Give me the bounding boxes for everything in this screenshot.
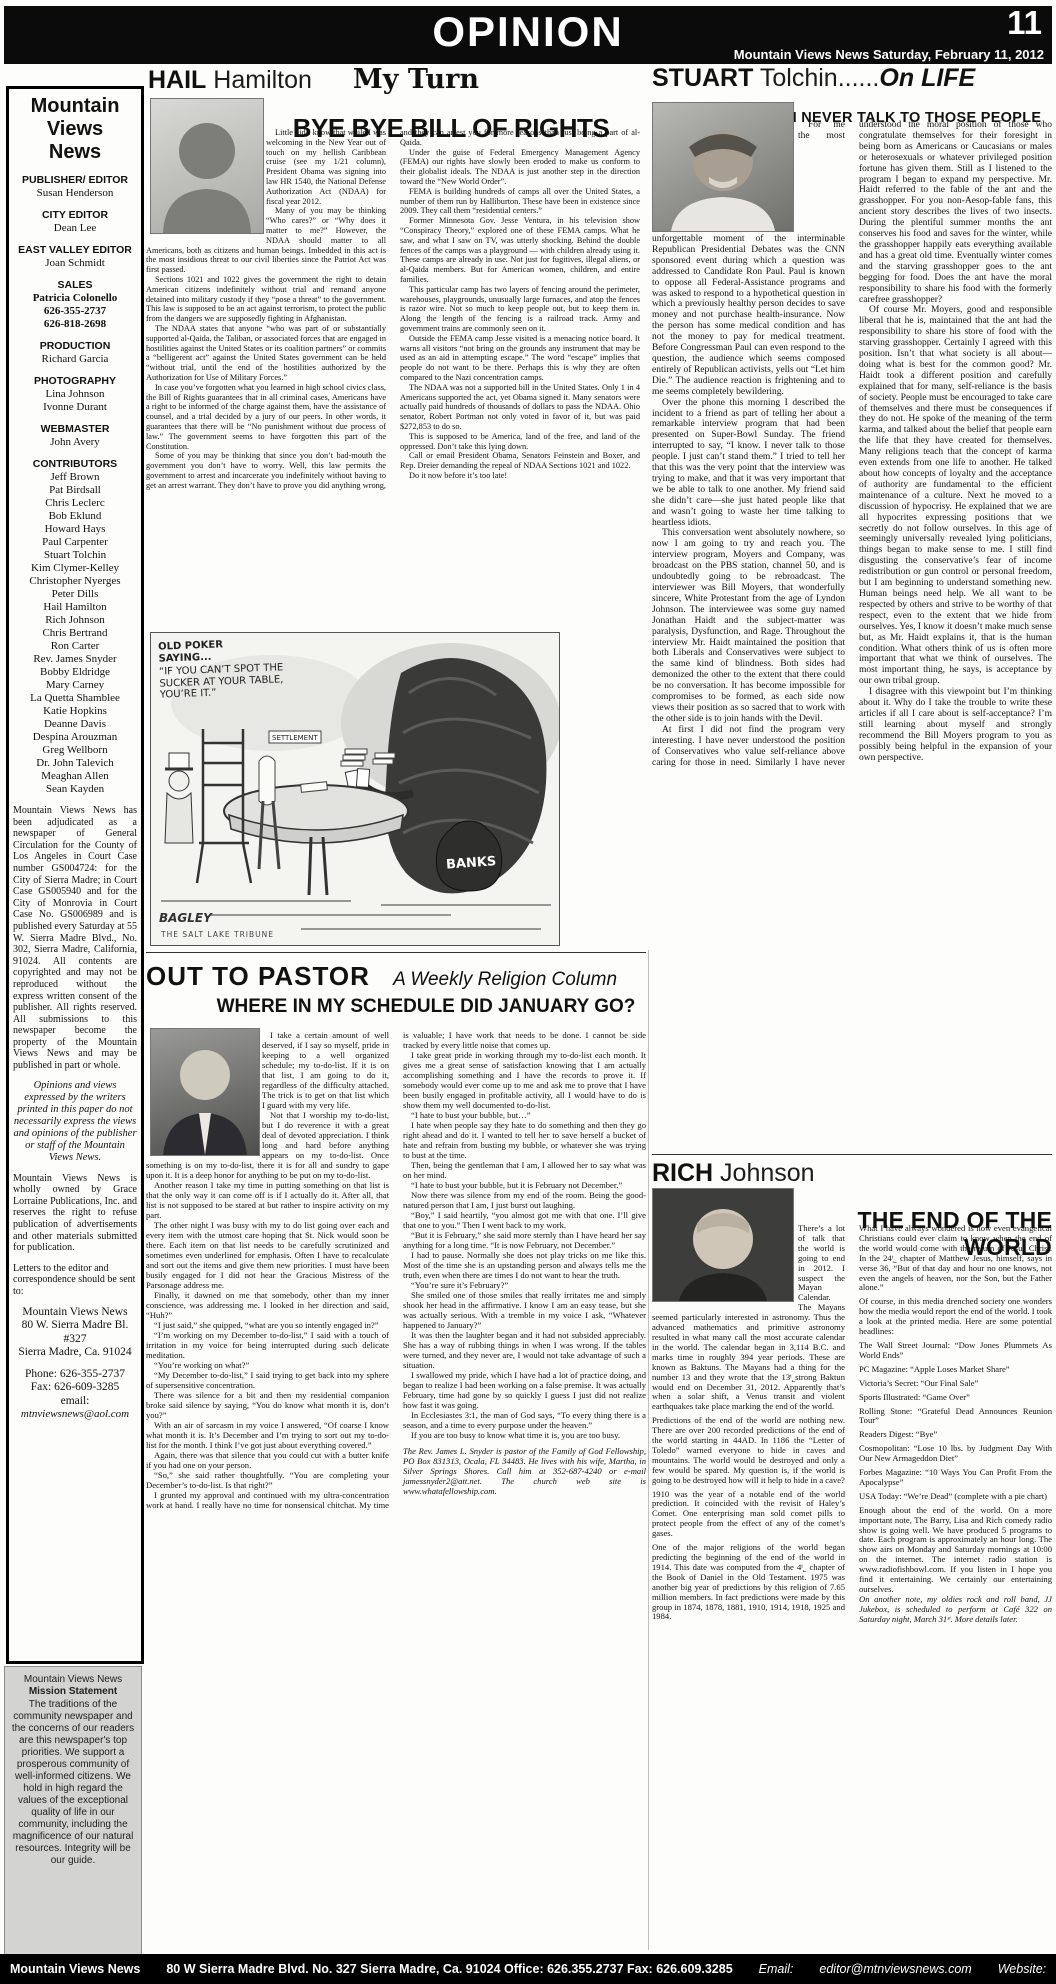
masthead-title: MountainViewsNews <box>13 95 137 164</box>
paragraph: Do it now before it’s too late! <box>400 471 640 481</box>
staff-name: Meaghan Allen <box>13 770 137 783</box>
paragraph: In Ecclesiastes 3:1, the man of God says… <box>403 1410 646 1430</box>
contact-info: Phone: 626-355-2737Fax: 626-609-3285emai… <box>13 1368 137 1409</box>
staff-entry: WEBMASTERJohn Avery <box>13 423 137 449</box>
paragraph: The Wall Street Journal: “Dow Jones Plum… <box>859 1341 1052 1361</box>
dateline: Mountain Views News Saturday, February 1… <box>734 47 1044 62</box>
paragraph: Of course Mr. Moyers, good and responsib… <box>859 305 1052 687</box>
paragraph: Then, being the gentleman that I am, I a… <box>403 1160 646 1180</box>
paragraph: There was silence for a bit and then my … <box>146 1390 389 1420</box>
newspaper-page: OPINION 11 Mountain Views News Saturday,… <box>0 0 1056 1984</box>
pastor-kicker: OUT TO PASTOR A Weekly Religion Column <box>146 961 646 992</box>
staff-name: Christopher Nyerges <box>13 575 137 588</box>
staff-entry: CONTRIBUTORSJeff BrownPat BirdsallChris … <box>13 458 137 796</box>
staff-role: SALES <box>13 279 137 292</box>
staff-name: Lina Johnson <box>13 388 137 401</box>
paragraph: One of the major religions of the world … <box>652 1543 845 1622</box>
article-out-to-pastor: OUT TO PASTOR A Weekly Religion Column W… <box>146 952 646 1952</box>
staff-name: La Quetta Shamblee <box>13 692 137 705</box>
staff-name: Hail Hamilton <box>13 601 137 614</box>
staff-name: Katie Hopkins <box>13 705 137 718</box>
article-body: I take a certain amount of well deserved… <box>146 1030 646 1948</box>
mission-body: The traditions of the community newspape… <box>9 1699 137 1867</box>
paragraph: Mountain <box>13 95 137 118</box>
article-headline: WHERE IN MY SCHEDULE DID JANUARY GO? <box>146 996 646 1018</box>
staff-list: PUBLISHER/ EDITORSusan HendersonCITY EDI… <box>13 174 137 796</box>
opinions-disclaimer: Opinions and views expressed by the writ… <box>13 1080 137 1164</box>
ownership-notice: Mountain Views News is wholly owned by G… <box>13 1173 137 1254</box>
paragraph: With an air of sarcasm in my voice I ans… <box>146 1420 389 1450</box>
paragraph: Of course, in this media drenched societ… <box>859 1297 1052 1337</box>
paragraph: Sports Illustrated: “Game Over” <box>859 1393 1052 1403</box>
staff-name: Deanne Davis <box>13 718 137 731</box>
footer-website-label: Website: <box>998 1962 1046 1976</box>
staff-name: Chris Bertrand <box>13 627 137 640</box>
staff-name: Peter Dills <box>13 588 137 601</box>
column-name-my-turn: My Turn <box>353 64 479 95</box>
staff-name: John Avery <box>13 436 137 449</box>
staff-role: CITY EDITOR <box>13 209 137 222</box>
rich-kicker: RICH Johnson <box>652 1159 1052 1188</box>
author-last-name: Tolchin...... <box>753 64 879 92</box>
paragraph: USA Today: “We’re Dead” (complete with a… <box>859 1492 1052 1502</box>
staff-name: 626-355-2737 <box>13 305 137 318</box>
paragraph: “I hate to bust your bubble, but…” <box>403 1110 646 1120</box>
staff-name: Howard Hays <box>13 523 137 536</box>
staff-name: Sean Kayden <box>13 783 137 796</box>
paragraph: This conversation went absolutely nowher… <box>652 528 845 724</box>
cartoon-credit: THE SALT LAKE TRIBUNE <box>161 930 274 939</box>
paragraph: The other night I was busy with my to do… <box>146 1220 389 1290</box>
paragraph: This is supposed to be America, land of … <box>400 432 640 452</box>
paragraph: Little did I know that while I was welco… <box>146 128 386 206</box>
staff-name: Bob Eklund <box>13 510 137 523</box>
paragraph: Over the phone this morning I described … <box>652 398 845 529</box>
masthead-sidebar: MountainViewsNews PUBLISHER/ EDITORSusan… <box>6 86 144 1664</box>
staff-role: WEBMASTER <box>13 423 137 436</box>
column-divider <box>648 950 649 1950</box>
paragraph: Many of you may be thinking “Who cares?”… <box>146 206 386 275</box>
paragraph: FEMA is building hundreds of camps all o… <box>400 187 640 216</box>
paragraph: “So,” she said rather thoughtfully. “You… <box>146 1470 389 1490</box>
author-bio: The Rev. James L. Snyder is pastor of th… <box>403 1446 646 1496</box>
tolchin-kicker: STUART Tolchin......On LIFE <box>652 64 975 93</box>
paragraph: What I have always wondered is how even … <box>859 1224 1052 1293</box>
paragraph: Call or email President Obama, Senators … <box>400 451 640 471</box>
article-body: Little did I know that while I was welco… <box>146 128 640 622</box>
staff-name: Susan Henderson <box>13 187 137 200</box>
paragraph: She smiled one of those smiles that real… <box>403 1290 646 1330</box>
paragraph: For me the most unforgettable moment of … <box>652 120 845 398</box>
paragraph: Phone: 626-355-2737 <box>13 1368 137 1382</box>
paragraph: Not that I worship my to-do-list, but I … <box>146 1110 389 1180</box>
staff-role: PHOTOGRAPHY <box>13 375 137 388</box>
paragraph-list: There’s a lot of talk that the world is … <box>652 1224 1052 1629</box>
article-body: There’s a lot of talk that the world is … <box>652 1224 1052 1946</box>
paragraph: Victoria’s Secret: “Our Final Sale” <box>859 1379 1052 1389</box>
paragraph: Sierra Madre, Ca. 91024 <box>13 1346 137 1360</box>
paragraph: “My December to-do-list,” I said trying … <box>146 1370 389 1390</box>
column-word-on: On <box>879 64 921 92</box>
mission-statement-box: Mountain Views News Mission Statement Th… <box>4 1666 142 1960</box>
paragraph: 1910 was the year of a notable end of th… <box>652 1490 845 1540</box>
staff-name: Ron Carter <box>13 640 137 653</box>
paragraph: “But it is February,” she said more ster… <box>403 1230 646 1250</box>
staff-name: Paul Carpenter <box>13 536 137 549</box>
staff-name: Despina Arouzman <box>13 731 137 744</box>
mailing-address: Mountain Views News80 W. Sierra Madre Bl… <box>13 1306 137 1360</box>
author-first-name: HAIL <box>148 66 206 94</box>
mission-title: Mountain Views News <box>9 1674 137 1686</box>
article-on-life: STUART Tolchin......On LIFE I NEVER TALK… <box>652 64 1052 1150</box>
paragraph: “I hate to bust your bubble, but it is F… <box>403 1180 646 1190</box>
staff-name: Ivonne Durant <box>13 401 137 414</box>
paragraph: Rolling Stone: “Grateful Dead Announces … <box>859 1407 1052 1427</box>
staff-name: Chris Leclerc <box>13 497 137 510</box>
author-last-name: Johnson <box>713 1159 814 1187</box>
paragraph: Cosmopolitan: “Lose 10 lbs. by Judgment … <box>859 1444 1052 1464</box>
paragraph: 80 W. Sierra Madre Bl. #327 <box>13 1319 137 1346</box>
paragraph: Fax: 626-609-3285 <box>13 1381 137 1395</box>
column-tagline: A Weekly Religion Column <box>393 969 617 990</box>
staff-name: 626-818-2698 <box>13 318 137 331</box>
letters-note: Letters to the editor and correspondence… <box>13 1263 137 1298</box>
paragraph: In case you’ve forgotten what you learne… <box>146 383 386 452</box>
staff-name: Dr. John Talevich <box>13 757 137 770</box>
staff-name: Rev. James Snyder <box>13 653 137 666</box>
staff-entry: PUBLISHER/ EDITORSusan Henderson <box>13 174 137 200</box>
paragraph: There’s a lot of talk that the world is … <box>652 1224 845 1412</box>
staff-role: CONTRIBUTORS <box>13 458 137 471</box>
staff-entry: SALESPatricia Colonello626-355-2737626-8… <box>13 279 137 331</box>
cartoonist-signature: BAGLEY <box>159 911 212 925</box>
staff-entry: PRODUCTIONRichard Garcia <box>13 340 137 366</box>
paragraph: “You’re sure it’s February?” <box>403 1280 646 1290</box>
paragraph: Under the guise of Federal Emergency Man… <box>400 148 640 187</box>
staff-name: Dean Lee <box>13 222 137 235</box>
paragraph: I take great pride in working through my… <box>403 1050 646 1110</box>
legal-notice: Mountain Views News has been adjudicated… <box>13 805 137 1072</box>
paragraph: I take a certain amount of well deserved… <box>146 1030 389 1110</box>
article-end-of-the-world: RICH Johnson THE END OF THE WORLD There’… <box>652 1154 1052 1948</box>
paragraph: The NDAA was not a supported bill in the… <box>400 383 640 432</box>
paragraph: I swallowed my pride, which I have had a… <box>403 1370 646 1410</box>
column-word-life: LIFE <box>921 64 975 92</box>
staff-role: EAST VALLEY EDITOR <box>13 244 137 257</box>
paragraph: Former Minnesota Gov. Jesse Ventura, in … <box>400 216 640 285</box>
paragraph: Finally, it dawned on me that somebody, … <box>146 1290 389 1320</box>
paragraph: Forbes Magazine: “10 Ways You Can Profit… <box>859 1468 1052 1488</box>
paragraph: I disagree with this viewpoint but I’m t… <box>859 687 1052 763</box>
email-address: mtnviewsnews@aol.com <box>13 1408 137 1420</box>
paragraph-list: I take a certain amount of well deserved… <box>146 1030 646 1510</box>
article-bye-bye-bill-of-rights: HAIL Hamilton My Turn BYE BYE BILL OF RI… <box>146 64 640 624</box>
staff-name: Greg Wellborn <box>13 744 137 757</box>
page-number: 11 <box>1007 4 1042 42</box>
paragraph: “Boy,” I said heartily, “you almost got … <box>403 1210 646 1230</box>
paragraph: Enough about the end of the world. On a … <box>859 1506 1052 1595</box>
staff-role: PUBLISHER/ EDITOR <box>13 174 137 187</box>
paragraph: Again, there was that silence that you c… <box>146 1450 389 1470</box>
paragraph: I had to pause. Normally she does not pl… <box>403 1250 646 1280</box>
paragraph: Sections 1021 and 1022 gives the governm… <box>146 275 386 324</box>
staff-name: Pat Birdsall <box>13 484 137 497</box>
caption-line-3: “IF YOU CAN’T SPOT THE SUCKER AT YOUR TA… <box>159 661 310 701</box>
paragraph: News <box>13 141 137 164</box>
staff-name: Jeff Brown <box>13 471 137 484</box>
staff-name: Patricia Colonello <box>13 292 137 305</box>
paragraph: Readers Digest: “Bye” <box>859 1430 1052 1440</box>
section-rule <box>146 952 646 953</box>
staff-name: Richard Garcia <box>13 353 137 366</box>
author-first-name: STUART <box>652 64 753 92</box>
article-body: For me the most unforgettable moment of … <box>652 120 1052 1148</box>
staff-entry: PHOTOGRAPHYLina JohnsonIvonne Durant <box>13 375 137 414</box>
author-last-name: Hamilton <box>213 66 312 94</box>
footer-address: 80 W Sierra Madre Blvd. No. 327 Sierra M… <box>166 1962 732 1976</box>
staff-name: Mary Carney <box>13 679 137 692</box>
paragraph: “I just said,” she quipped, “what are yo… <box>146 1320 389 1330</box>
staff-entry: EAST VALLEY EDITORJoan Schmidt <box>13 244 137 270</box>
cartoon-caption: OLD POKER SAYING... “IF YOU CAN’T SPOT T… <box>158 636 310 701</box>
paragraph: Predictions of the end of the world are … <box>652 1416 845 1485</box>
footer-email-label: Email: <box>759 1962 794 1976</box>
staff-name: Stuart Tolchin <box>13 549 137 562</box>
paragraph: I hate when people say they hate to do s… <box>403 1120 646 1160</box>
footer-email: editor@mtnviewsnews.com <box>819 1962 971 1976</box>
paragraph: It was then the laughter began and it ha… <box>403 1330 646 1370</box>
editorial-cartoon: SETTLEMENT BANKS OLD POKER SAYING... “IF… <box>150 632 560 946</box>
column-name: OUT TO PASTOR <box>146 961 370 991</box>
paragraph: The NDAA states that anyone “who was par… <box>146 324 386 383</box>
footer-paper-name: Mountain Views News <box>10 1962 140 1976</box>
paragraph: If you are too busy to know what time it… <box>403 1430 646 1440</box>
paragraph: Views <box>13 118 137 141</box>
hail-kicker: HAIL Hamilton My Turn <box>148 64 479 95</box>
settlement-label: SETTLEMENT <box>272 734 318 742</box>
footer-bar: Mountain Views News 80 W Sierra Madre Bl… <box>0 1954 1056 1984</box>
paragraph: Outside the FEMA camp Jesse visited is a… <box>400 334 640 383</box>
paragraph: Now there was silence from my end of the… <box>403 1190 646 1210</box>
staff-name: Rich Johnson <box>13 614 137 627</box>
paragraph: This particular camp has two layers of f… <box>400 285 640 334</box>
staff-role: PRODUCTION <box>13 340 137 353</box>
staff-name: Bobby Eldridge <box>13 666 137 679</box>
paragraph: PC Magazine: “Apple Loses Market Share” <box>859 1365 1052 1375</box>
paragraph: email: <box>13 1395 137 1409</box>
staff-name: Kim Clymer-Kelley <box>13 562 137 575</box>
paragraph: Mountain Views News <box>13 1306 137 1320</box>
paragraph: “You’re working on what?” <box>146 1360 389 1370</box>
opinion-banner: OPINION 11 Mountain Views News Saturday,… <box>4 6 1052 64</box>
staff-entry: CITY EDITORDean Lee <box>13 209 137 235</box>
staff-name: Joan Schmidt <box>13 257 137 270</box>
section-rule <box>652 1154 1052 1155</box>
author-first-name: RICH <box>652 1159 713 1187</box>
paragraph: “I’m working on my December to-do-list,”… <box>146 1330 389 1360</box>
closing-note: On another note, my oldies rock and roll… <box>859 1595 1052 1625</box>
paragraph: Another reason I take my time in putting… <box>146 1180 389 1220</box>
mission-subtitle: Mission Statement <box>9 1686 137 1698</box>
